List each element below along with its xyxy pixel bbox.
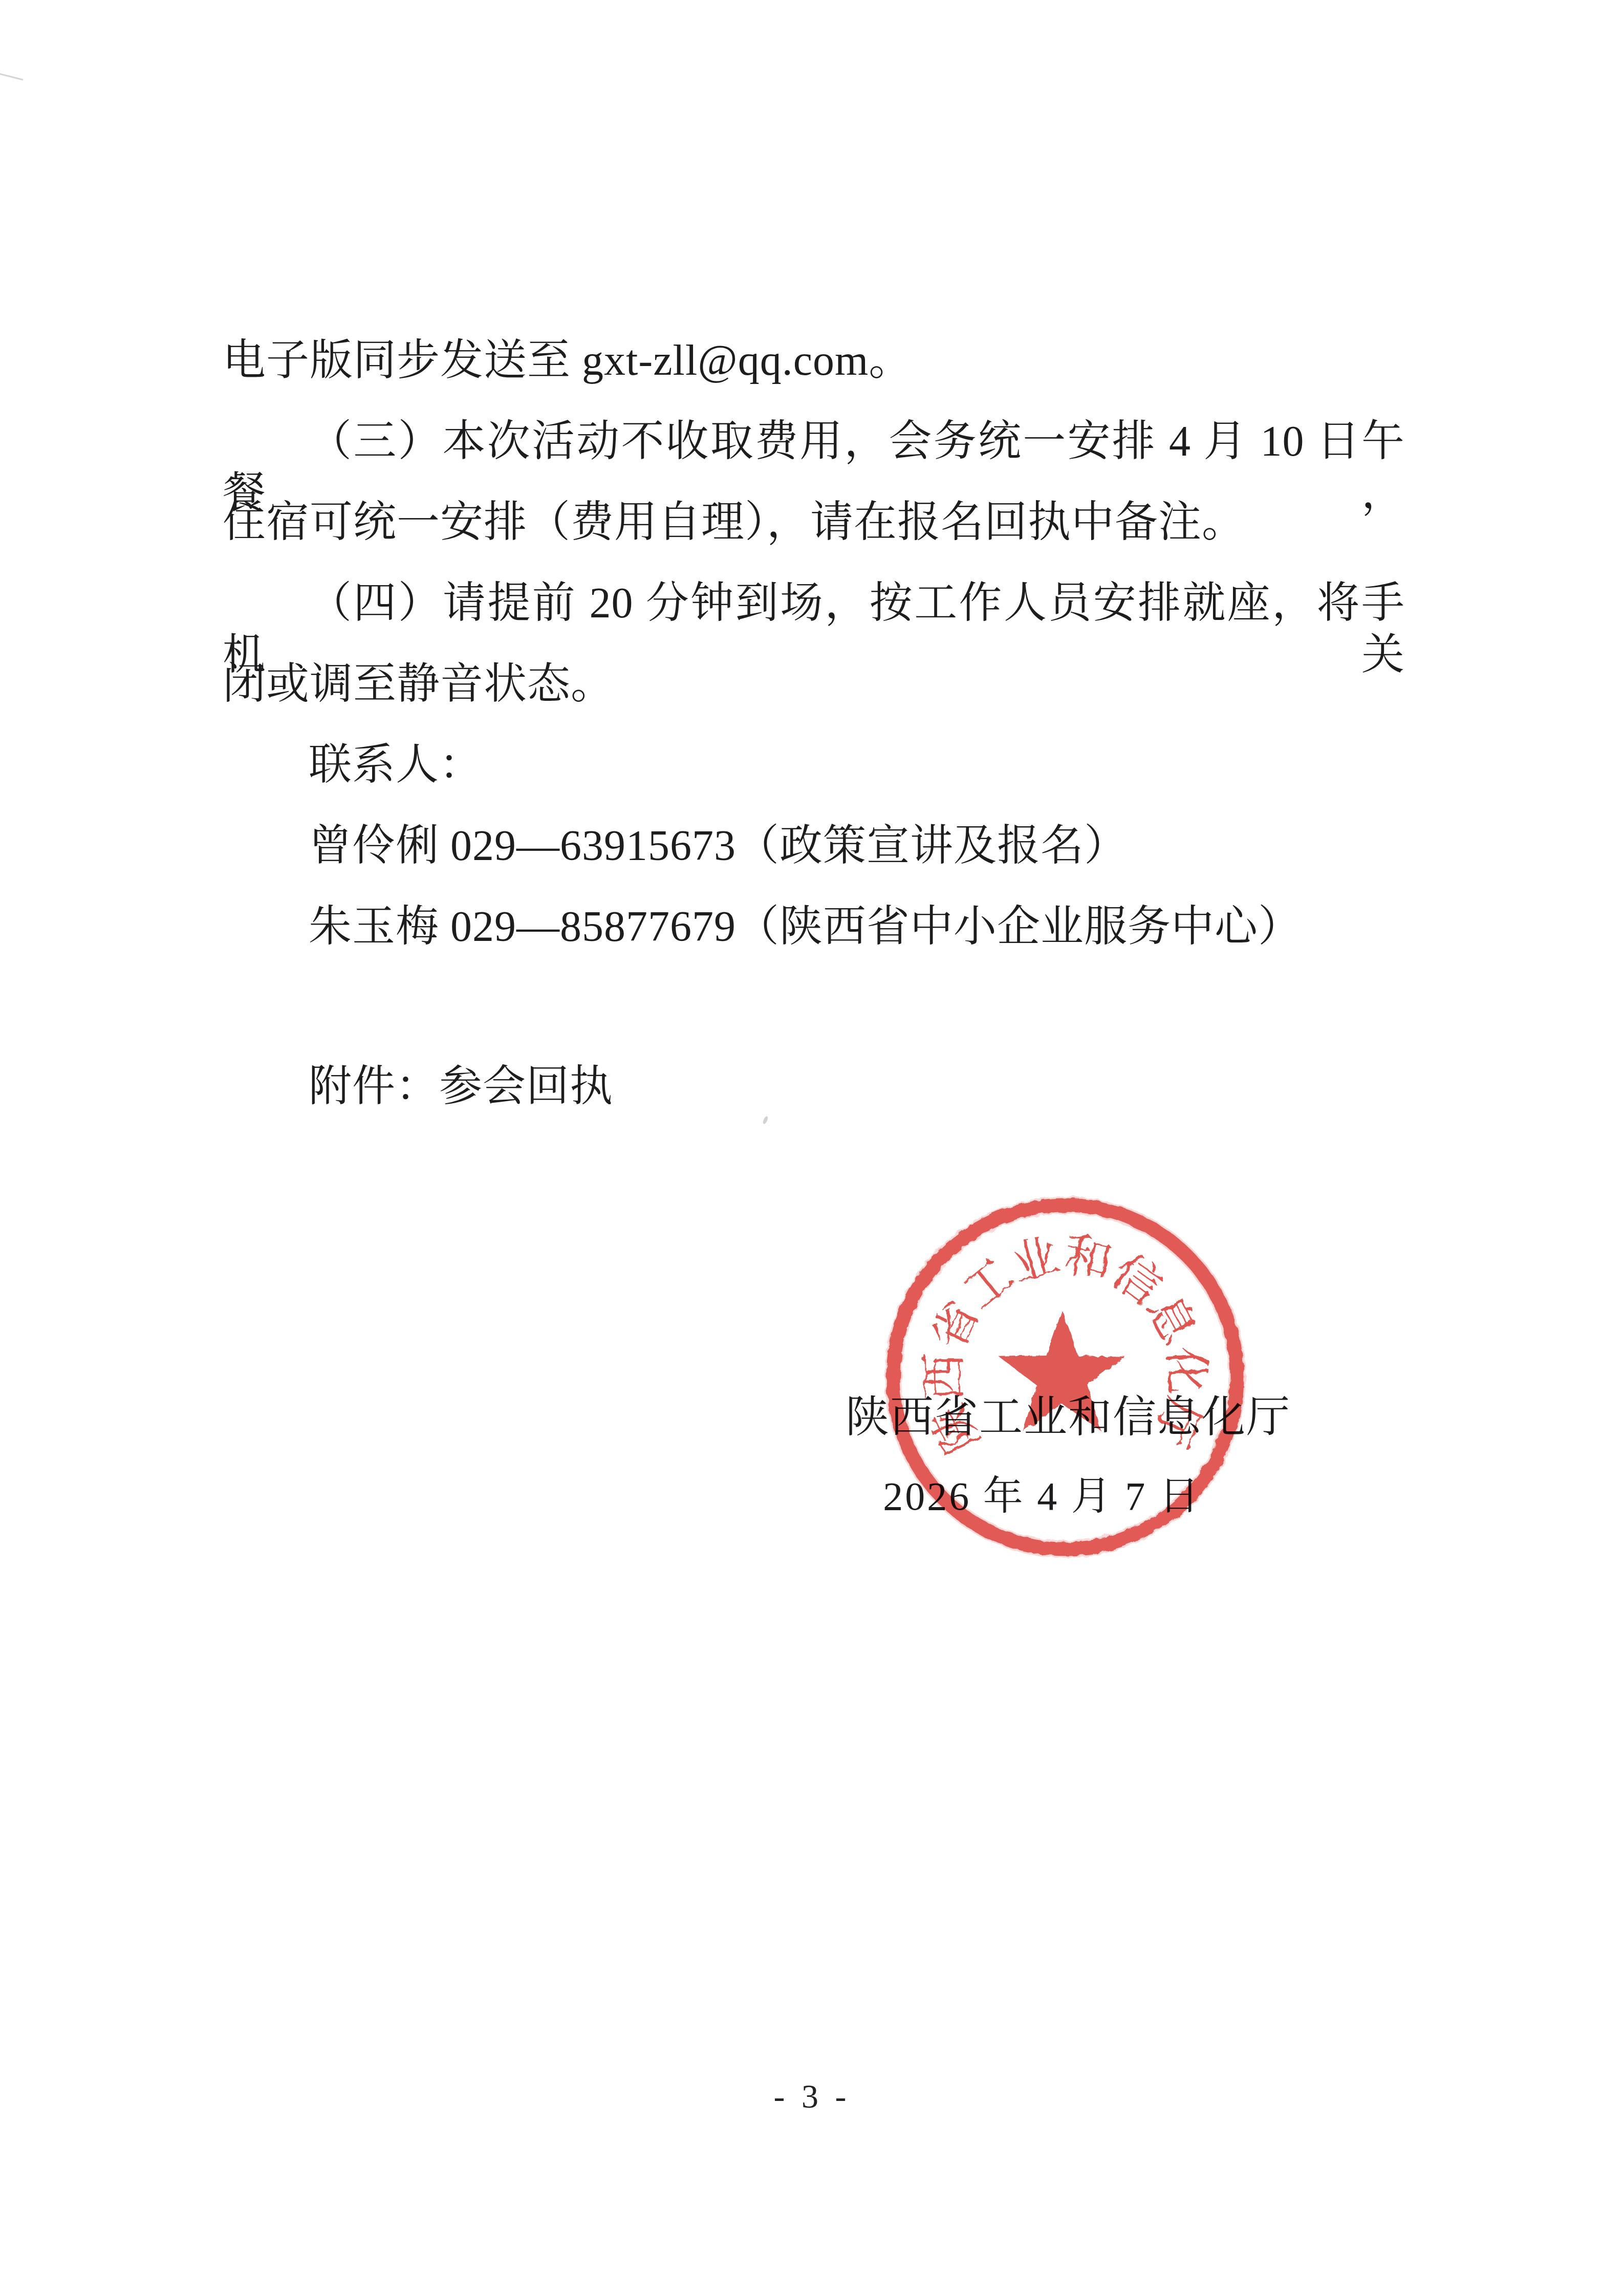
body-line: 电子版同步发送至 gxt-zll@qq.com。 bbox=[223, 335, 1405, 387]
contacts-label: 联系人： bbox=[223, 740, 1405, 791]
document-page: 电子版同步发送至 gxt-zll@qq.com。 （三）本次活动不收取费用，会务… bbox=[0, 0, 1624, 2296]
body-line: 住宿可统一安排（费用自理），请在报名回执中备注。 bbox=[223, 497, 1405, 549]
signature-date: 2026 年 4 月 7 日 bbox=[735, 1464, 1349, 1521]
page-number: - 3 - bbox=[0, 2077, 1624, 2116]
scan-artifact-dot bbox=[762, 1115, 769, 1124]
attachment-line: 附件：参会回执 bbox=[223, 1061, 1405, 1113]
body-line: 闭或调至静音状态。 bbox=[223, 659, 1405, 711]
contact-line: 曾伶俐 029—63915673（政策宣讲及报名） bbox=[223, 821, 1405, 872]
signature-department: 陕西省工业和信息化厅 bbox=[761, 1382, 1375, 1445]
scan-artifact-line bbox=[0, 73, 24, 80]
contact-line: 朱玉梅 029—85877679（陕西省中小企业服务中心） bbox=[223, 902, 1405, 953]
